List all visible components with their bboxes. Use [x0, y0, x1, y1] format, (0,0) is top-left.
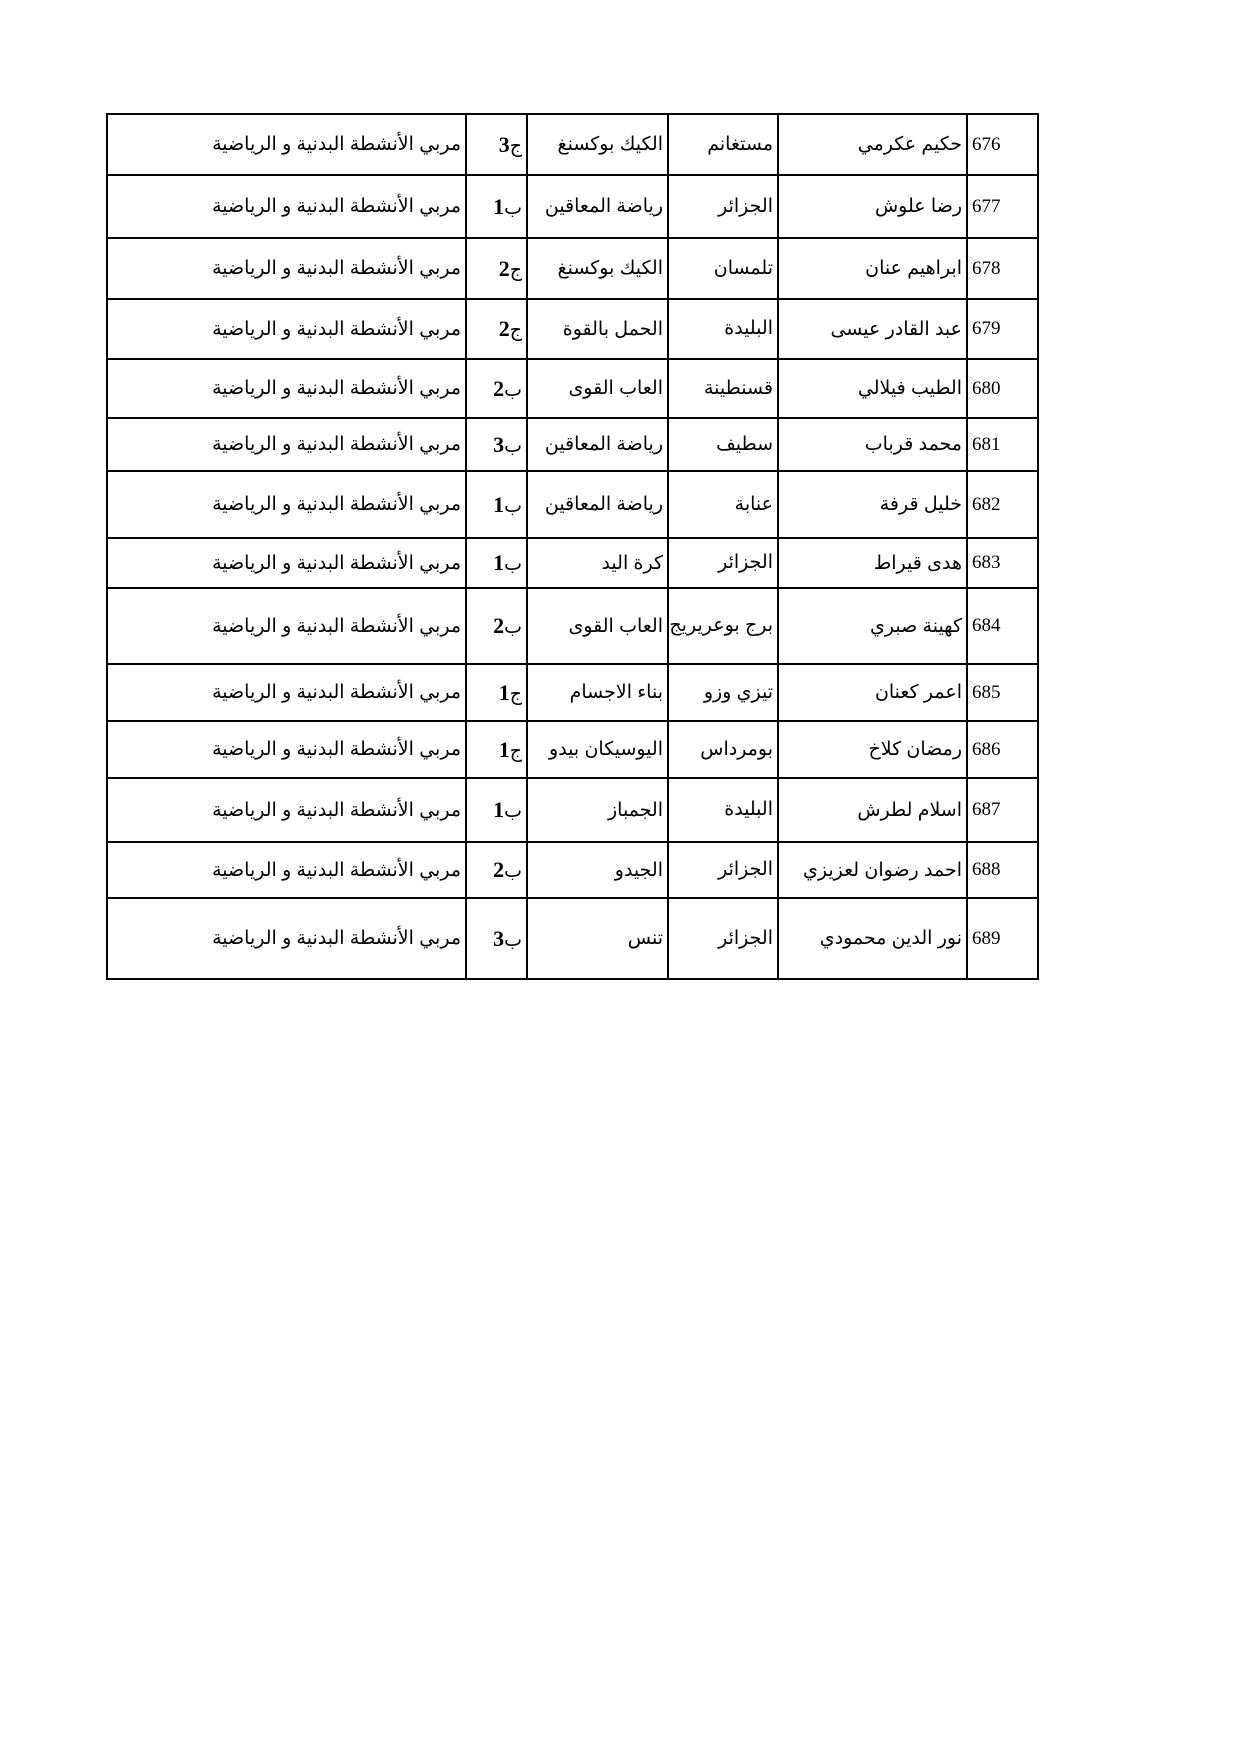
- row-number-cell: 679: [967, 299, 1038, 359]
- level-letter: ب: [504, 617, 522, 638]
- level-letter: ج: [510, 684, 522, 705]
- row-number-cell: 682: [967, 471, 1038, 538]
- level-letter: ج: [510, 260, 522, 281]
- table-row: 685اعمر كعنانتيزي وزوبناء الاجسامج1مربي …: [107, 664, 1038, 721]
- level-letter: ب: [504, 436, 522, 457]
- table-row: 688احمد رضوان لعزيزيالجزائرالجيدوب2مربي …: [107, 842, 1038, 898]
- table-row: 689نور الدين محموديالجزائرتنسب3مربي الأن…: [107, 898, 1038, 979]
- level-digit: 1: [499, 737, 510, 762]
- title-cell: مربي الأنشطة البدنية و الرياضية: [107, 538, 466, 588]
- document-page: 676حكيم عكرميمستغانمالكيك بوكسنغج3مربي ا…: [0, 0, 1241, 1755]
- wilaya-cell: البليدة: [668, 299, 778, 359]
- level-digit: 3: [493, 926, 504, 951]
- level-cell: ج2: [466, 238, 527, 299]
- wilaya-cell: برج بوعريريج: [668, 588, 778, 664]
- wilaya-cell: مستغانم: [668, 114, 778, 175]
- row-number-cell: 681: [967, 418, 1038, 471]
- title-cell: مربي الأنشطة البدنية و الرياضية: [107, 299, 466, 359]
- table-row: 676حكيم عكرميمستغانمالكيك بوكسنغج3مربي ا…: [107, 114, 1038, 175]
- title-cell: مربي الأنشطة البدنية و الرياضية: [107, 114, 466, 175]
- row-number-cell: 680: [967, 359, 1038, 418]
- level-digit: 1: [493, 492, 504, 517]
- wilaya-cell: تلمسان: [668, 238, 778, 299]
- name-cell: هدى قيراط: [778, 538, 967, 588]
- level-cell: ب1: [466, 175, 527, 238]
- level-letter: ب: [504, 380, 522, 401]
- name-cell: احمد رضوان لعزيزي: [778, 842, 967, 898]
- sport-cell: بناء الاجسام: [527, 664, 668, 721]
- name-cell: اعمر كعنان: [778, 664, 967, 721]
- level-cell: ب2: [466, 588, 527, 664]
- level-letter: ب: [504, 930, 522, 951]
- level-digit: 1: [499, 680, 510, 705]
- title-cell: مربي الأنشطة البدنية و الرياضية: [107, 778, 466, 842]
- wilaya-cell: سطيف: [668, 418, 778, 471]
- title-cell: مربي الأنشطة البدنية و الرياضية: [107, 238, 466, 299]
- table-row: 687اسلام لطرشالبليدةالجمبازب1مربي الأنشط…: [107, 778, 1038, 842]
- roster-table: 676حكيم عكرميمستغانمالكيك بوكسنغج3مربي ا…: [106, 113, 1039, 980]
- name-cell: كهينة صبري: [778, 588, 967, 664]
- name-cell: نور الدين محمودي: [778, 898, 967, 979]
- level-digit: 3: [499, 132, 510, 157]
- name-cell: خليل قرفة: [778, 471, 967, 538]
- sport-cell: الحمل بالقوة: [527, 299, 668, 359]
- level-cell: ب2: [466, 842, 527, 898]
- sport-cell: العاب القوى: [527, 359, 668, 418]
- sport-cell: الجمباز: [527, 778, 668, 842]
- name-cell: رضا علوش: [778, 175, 967, 238]
- level-cell: ب1: [466, 471, 527, 538]
- sport-cell: الكيك بوكسنغ: [527, 238, 668, 299]
- level-cell: ب3: [466, 418, 527, 471]
- table-row: 678ابراهيم عنانتلمسانالكيك بوكسنغج2مربي …: [107, 238, 1038, 299]
- level-cell: ب3: [466, 898, 527, 979]
- name-cell: رمضان كلاخ: [778, 721, 967, 778]
- level-letter: ج: [510, 741, 522, 762]
- level-letter: ج: [510, 320, 522, 341]
- wilaya-cell: قسنطينة: [668, 359, 778, 418]
- sport-cell: الكيك بوكسنغ: [527, 114, 668, 175]
- row-number-cell: 689: [967, 898, 1038, 979]
- sport-cell: العاب القوى: [527, 588, 668, 664]
- sport-cell: اليوسيكان بيدو: [527, 721, 668, 778]
- table-row: 677رضا علوشالجزائررياضة المعاقينب1مربي ا…: [107, 175, 1038, 238]
- level-digit: 3: [493, 432, 504, 457]
- level-letter: ب: [504, 496, 522, 517]
- wilaya-cell: البليدة: [668, 778, 778, 842]
- row-number-cell: 676: [967, 114, 1038, 175]
- title-cell: مربي الأنشطة البدنية و الرياضية: [107, 898, 466, 979]
- wilaya-cell: الجزائر: [668, 842, 778, 898]
- level-cell: ب1: [466, 778, 527, 842]
- level-cell: ب2: [466, 359, 527, 418]
- table-row: 680الطيب فيلاليقسنطينةالعاب القوىب2مربي …: [107, 359, 1038, 418]
- row-number-cell: 677: [967, 175, 1038, 238]
- sport-cell: رياضة المعاقين: [527, 418, 668, 471]
- row-number-cell: 684: [967, 588, 1038, 664]
- row-number-cell: 687: [967, 778, 1038, 842]
- name-cell: حكيم عكرمي: [778, 114, 967, 175]
- level-letter: ب: [504, 198, 522, 219]
- level-digit: 1: [493, 194, 504, 219]
- level-letter: ب: [504, 801, 522, 822]
- title-cell: مربي الأنشطة البدنية و الرياضية: [107, 418, 466, 471]
- level-letter: ب: [504, 554, 522, 575]
- wilaya-cell: الجزائر: [668, 538, 778, 588]
- table-row: 686رمضان كلاخبومرداساليوسيكان بيدوج1مربي…: [107, 721, 1038, 778]
- title-cell: مربي الأنشطة البدنية و الرياضية: [107, 721, 466, 778]
- level-cell: ج2: [466, 299, 527, 359]
- level-digit: 1: [493, 797, 504, 822]
- row-number-cell: 686: [967, 721, 1038, 778]
- level-digit: 2: [499, 256, 510, 281]
- level-letter: ج: [510, 136, 522, 157]
- wilaya-cell: بومرداس: [668, 721, 778, 778]
- sport-cell: رياضة المعاقين: [527, 471, 668, 538]
- title-cell: مربي الأنشطة البدنية و الرياضية: [107, 175, 466, 238]
- row-number-cell: 683: [967, 538, 1038, 588]
- level-letter: ب: [504, 861, 522, 882]
- level-digit: 2: [493, 613, 504, 638]
- table-row: 681محمد قربابسطيفرياضة المعاقينب3مربي ال…: [107, 418, 1038, 471]
- name-cell: محمد قرباب: [778, 418, 967, 471]
- wilaya-cell: الجزائر: [668, 175, 778, 238]
- level-digit: 2: [499, 316, 510, 341]
- level-digit: 1: [493, 550, 504, 575]
- sport-cell: تنس: [527, 898, 668, 979]
- table-row: 682خليل قرفةعنابةرياضة المعاقينب1مربي ال…: [107, 471, 1038, 538]
- title-cell: مربي الأنشطة البدنية و الرياضية: [107, 359, 466, 418]
- wilaya-cell: عنابة: [668, 471, 778, 538]
- table-row: 679عبد القادر عيسىالبليدةالحمل بالقوةج2م…: [107, 299, 1038, 359]
- sport-cell: الجيدو: [527, 842, 668, 898]
- name-cell: ابراهيم عنان: [778, 238, 967, 299]
- level-cell: ج1: [466, 721, 527, 778]
- title-cell: مربي الأنشطة البدنية و الرياضية: [107, 471, 466, 538]
- row-number-cell: 685: [967, 664, 1038, 721]
- name-cell: اسلام لطرش: [778, 778, 967, 842]
- table-row: 684كهينة صبريبرج بوعريريجالعاب القوىب2مر…: [107, 588, 1038, 664]
- title-cell: مربي الأنشطة البدنية و الرياضية: [107, 588, 466, 664]
- level-cell: ج1: [466, 664, 527, 721]
- sport-cell: رياضة المعاقين: [527, 175, 668, 238]
- name-cell: الطيب فيلالي: [778, 359, 967, 418]
- name-cell: عبد القادر عيسى: [778, 299, 967, 359]
- level-digit: 2: [493, 376, 504, 401]
- level-digit: 2: [493, 857, 504, 882]
- wilaya-cell: تيزي وزو: [668, 664, 778, 721]
- title-cell: مربي الأنشطة البدنية و الرياضية: [107, 842, 466, 898]
- row-number-cell: 688: [967, 842, 1038, 898]
- row-number-cell: 678: [967, 238, 1038, 299]
- wilaya-cell: الجزائر: [668, 898, 778, 979]
- level-cell: ج3: [466, 114, 527, 175]
- level-cell: ب1: [466, 538, 527, 588]
- sport-cell: كرة اليد: [527, 538, 668, 588]
- title-cell: مربي الأنشطة البدنية و الرياضية: [107, 664, 466, 721]
- table-row: 683هدى قيراطالجزائركرة اليدب1مربي الأنشط…: [107, 538, 1038, 588]
- roster-table-body: 676حكيم عكرميمستغانمالكيك بوكسنغج3مربي ا…: [107, 114, 1038, 979]
